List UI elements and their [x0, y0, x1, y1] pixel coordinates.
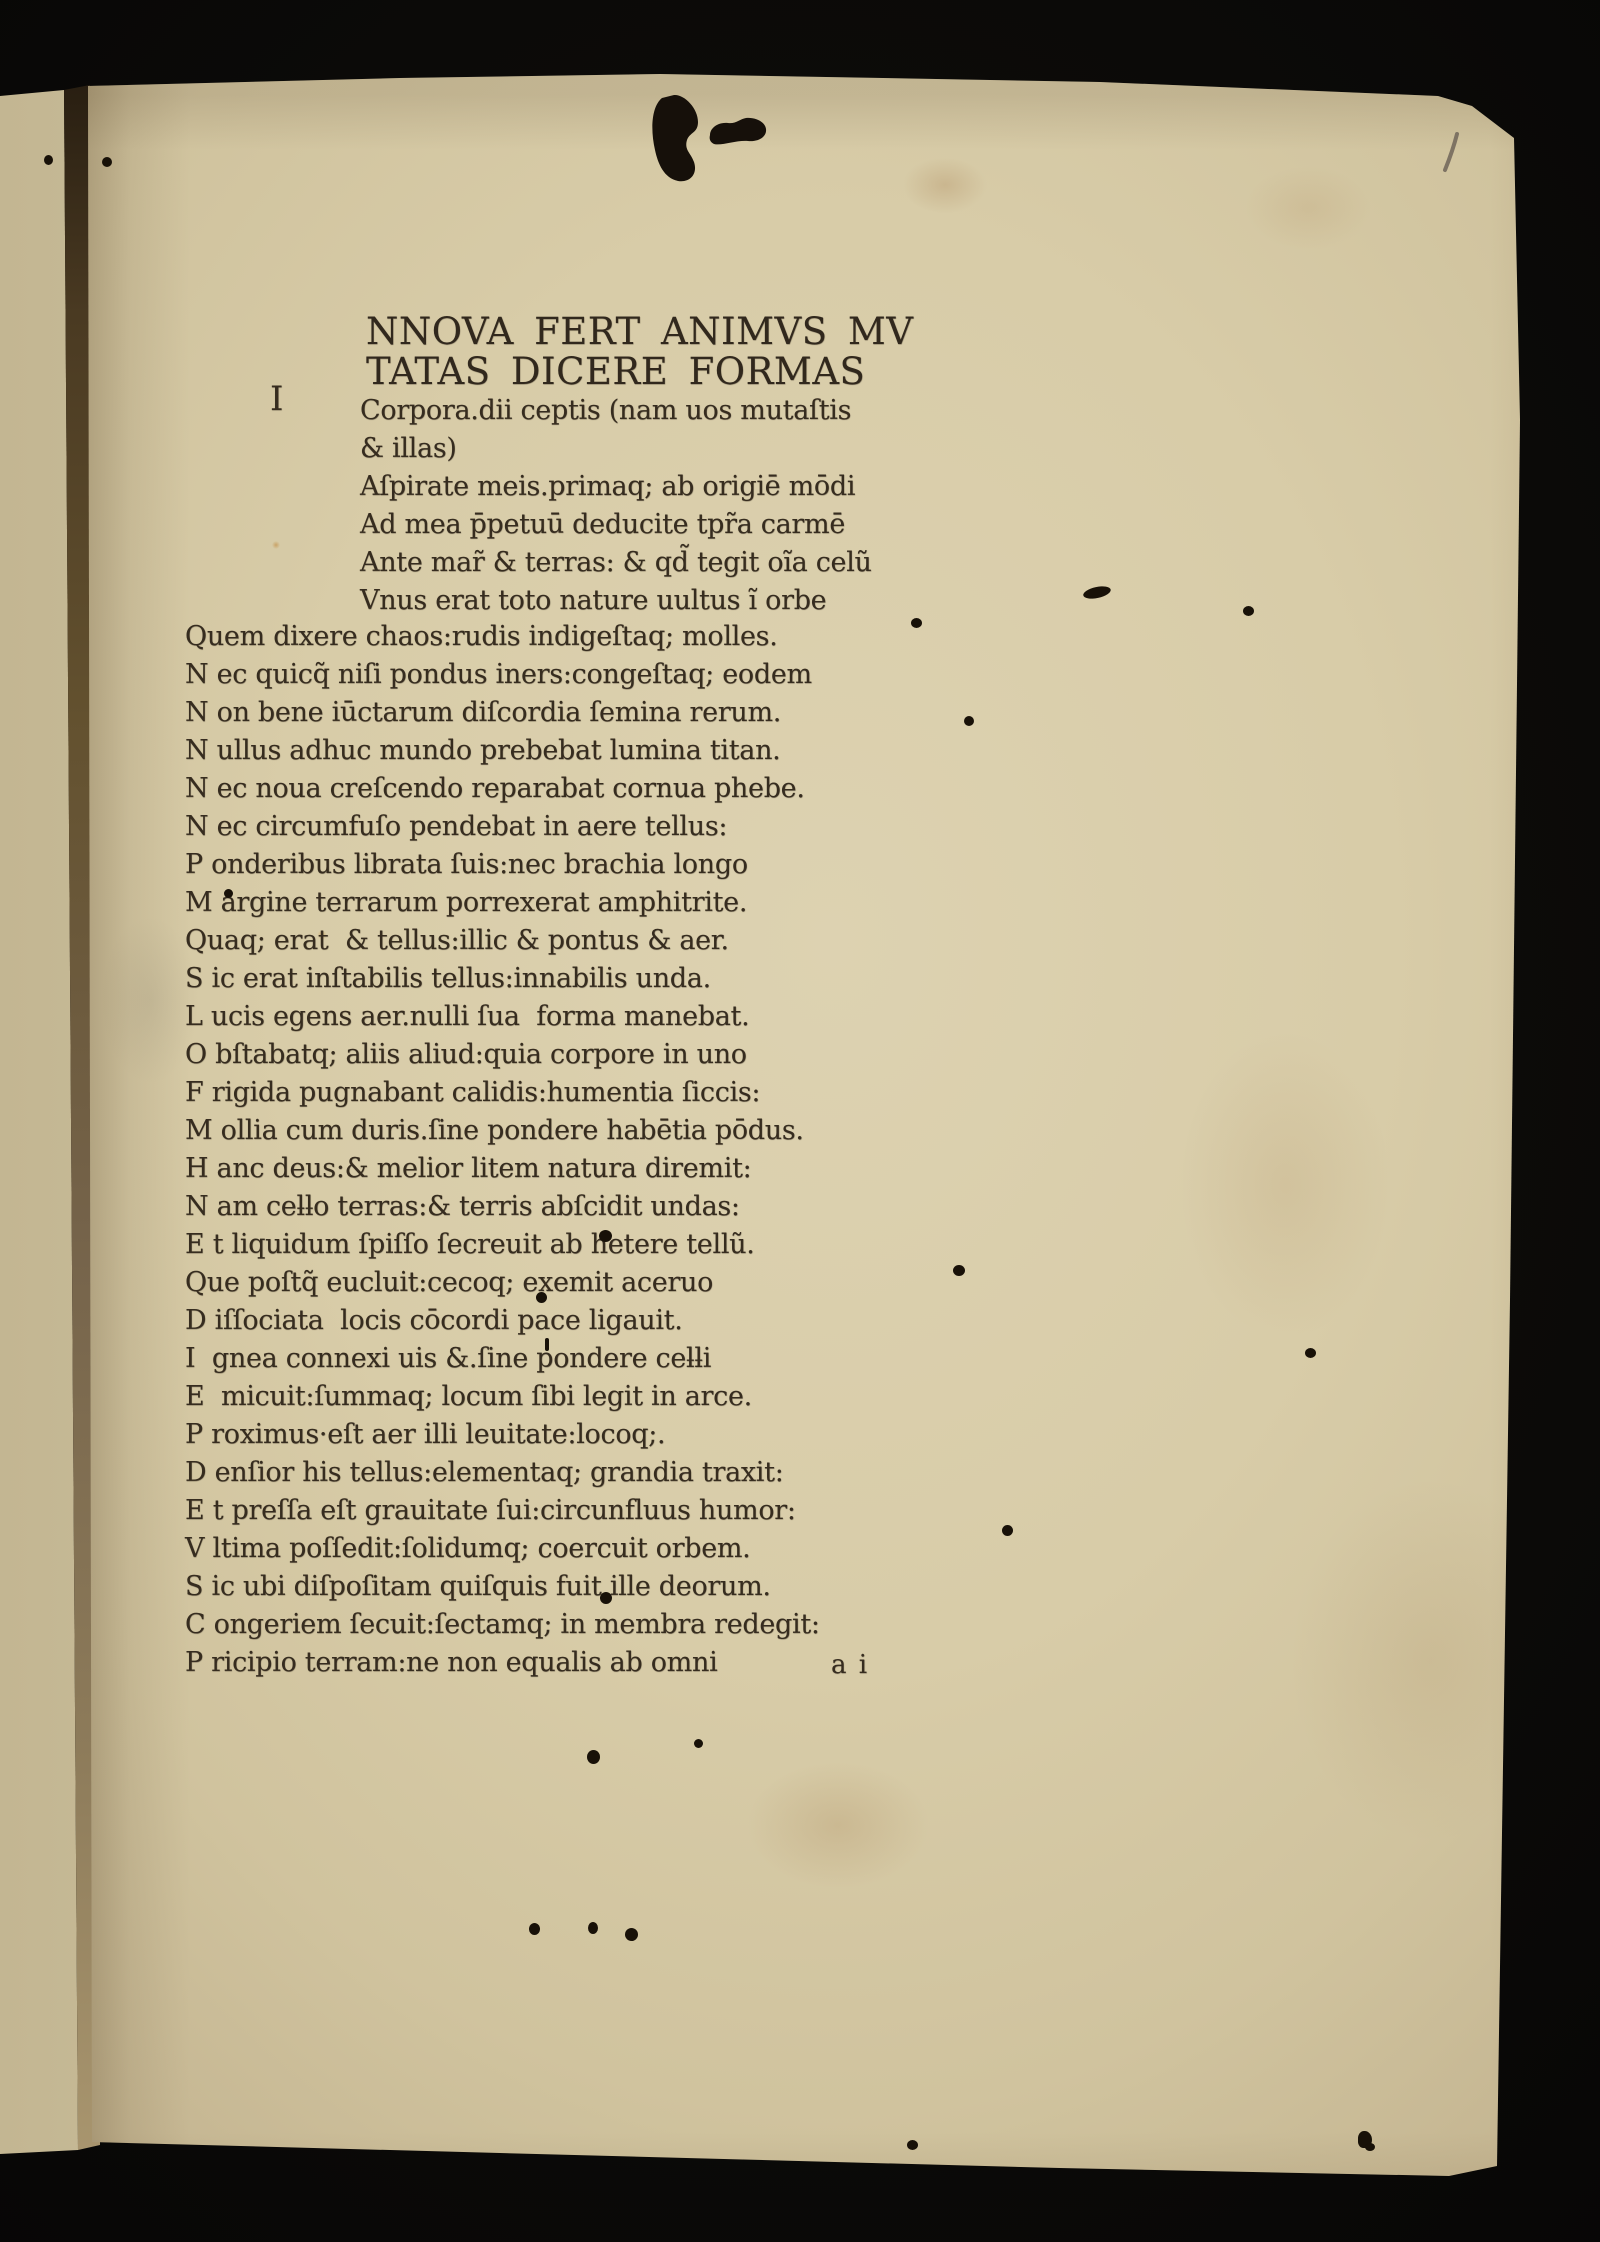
wormhole-speck: [545, 1338, 549, 1351]
poem-line: P ricipio terram:ne non equalis ab omni: [185, 1644, 820, 1682]
poem-line: Corpora.dii ceptis (nam uos mutaſtis: [360, 392, 872, 430]
poem-line: I gnea connexi uis &.ſine pondere ceƚƚi: [185, 1340, 820, 1378]
wormhole-speck: [1002, 1525, 1013, 1536]
wormhole-speck: [1305, 1348, 1316, 1358]
poem-line: E t liquidum ſpiſſo ſecreuit ab hetere t…: [185, 1226, 820, 1264]
poem-line: N ec noua creſcendo reparabat cornua phe…: [185, 770, 820, 808]
wormhole-speck: [1365, 2143, 1375, 2151]
wormhole-speck: [694, 1739, 703, 1748]
poem-line: Aſpirate meis.primaq; ab origiē mōdi: [360, 468, 872, 506]
poem-line: N ec circumfuſo pendebat in aere tellus:: [185, 808, 820, 846]
poem-line: N ec quicq̃ niſi pondus iners:congeſtaq;…: [185, 656, 820, 694]
incipit-heading-line-2: TATAS DICERE FORMAS: [366, 352, 865, 392]
poem-line: Que poſtq̃ eucluit:cecoq; exemit aceruo: [185, 1264, 820, 1302]
poem-line: V ltima poſſedit:ſolidumq; coercuit orbe…: [185, 1530, 820, 1568]
wormhole-speck: [1243, 606, 1254, 616]
poem-line: Ante mar̃ & terras: & qd̃ tegit oĩa celũ: [360, 544, 872, 582]
wormhole-speck: [102, 157, 112, 167]
wormhole-speck: [911, 618, 922, 628]
poem-line: P roximus·eſt aer illi leuitate:locoq;.: [185, 1416, 820, 1454]
poem-line: E micuit:ſummaq; locum ſibi legit in arc…: [185, 1378, 820, 1416]
poem-block: Quem dixere chaos:rudis indigeſtaq; moll…: [185, 618, 820, 1682]
poem-line: Vnus erat toto nature uultus ĩ orbe: [360, 582, 872, 620]
wormhole-speck: [224, 889, 233, 898]
intro-block: Corpora.dii ceptis (nam uos mutaſtis& il…: [360, 392, 872, 620]
poem-line: P onderibus librata ſuis:nec brachia lon…: [185, 846, 820, 884]
poem-line: N am ceƚƚo terras:& terris abſcidit unda…: [185, 1188, 820, 1226]
photo-background: NNOVA FERT ANIMVS MV TATAS DICERE FORMAS…: [0, 0, 1600, 2242]
poem-line: E t preſſa eſt grauitate ſui:circunfluus…: [185, 1492, 820, 1530]
poem-line: N ullus adhuc mundo prebebat lumina tita…: [185, 732, 820, 770]
poem-line: & illas): [360, 430, 872, 468]
poem-line: D iſſociata locis cōcordi pace ligauit.: [185, 1302, 820, 1340]
poem-line: M argine terrarum porrexerat amphitrite.: [185, 884, 820, 922]
poem-line: C ongeriem ſecuit:ſectamq; in membra red…: [185, 1606, 820, 1644]
poem-line: O bſtabatq; aliis aliud:quia corpore in …: [185, 1036, 820, 1074]
poem-line: N on bene iūctarum diſcordia ſemina reru…: [185, 694, 820, 732]
wormhole-speck: [625, 1928, 638, 1941]
poem-line: D enſior his tellus:elementaq; grandia t…: [185, 1454, 820, 1492]
wormhole-speck: [600, 1592, 612, 1604]
poem-line: S ic ubi diſpoſitam quiſquis fuit ille d…: [185, 1568, 820, 1606]
wormhole-speck: [44, 155, 53, 165]
wormhole-speck: [953, 1265, 965, 1276]
poem-line: Ad mea p̄petuū deducite tpr̃a carmē: [360, 506, 872, 544]
wormhole-speck: [599, 1230, 612, 1242]
wormhole-speck: [529, 1923, 540, 1935]
wormhole-speck: [588, 1922, 598, 1934]
signature-mark: a i: [831, 1650, 867, 1680]
guide-letter: I: [270, 380, 283, 418]
wormhole-speck: [536, 1292, 547, 1303]
poem-line: H anc deus:& melior litem natura diremit…: [185, 1150, 820, 1188]
poem-line: S ic erat inſtabilis tellus:innabilis un…: [185, 960, 820, 998]
wormhole-speck: [587, 1750, 600, 1764]
poem-line: Quem dixere chaos:rudis indigeſtaq; moll…: [185, 618, 820, 656]
poem-line: M ollia cum duris.ſine pondere habētia p…: [185, 1112, 820, 1150]
wormhole-speck: [907, 2140, 918, 2150]
poem-line: L ucis egens aer.nulli ſua forma manebat…: [185, 998, 820, 1036]
wormhole-speck: [964, 716, 974, 726]
poem-line: Quaq; erat & tellus:illic & pontus & aer…: [185, 922, 820, 960]
poem-line: F rigida pugnabant calidis:humentia ſicc…: [185, 1074, 820, 1112]
incipit-heading-line-1: NNOVA FERT ANIMVS MV: [366, 312, 913, 352]
